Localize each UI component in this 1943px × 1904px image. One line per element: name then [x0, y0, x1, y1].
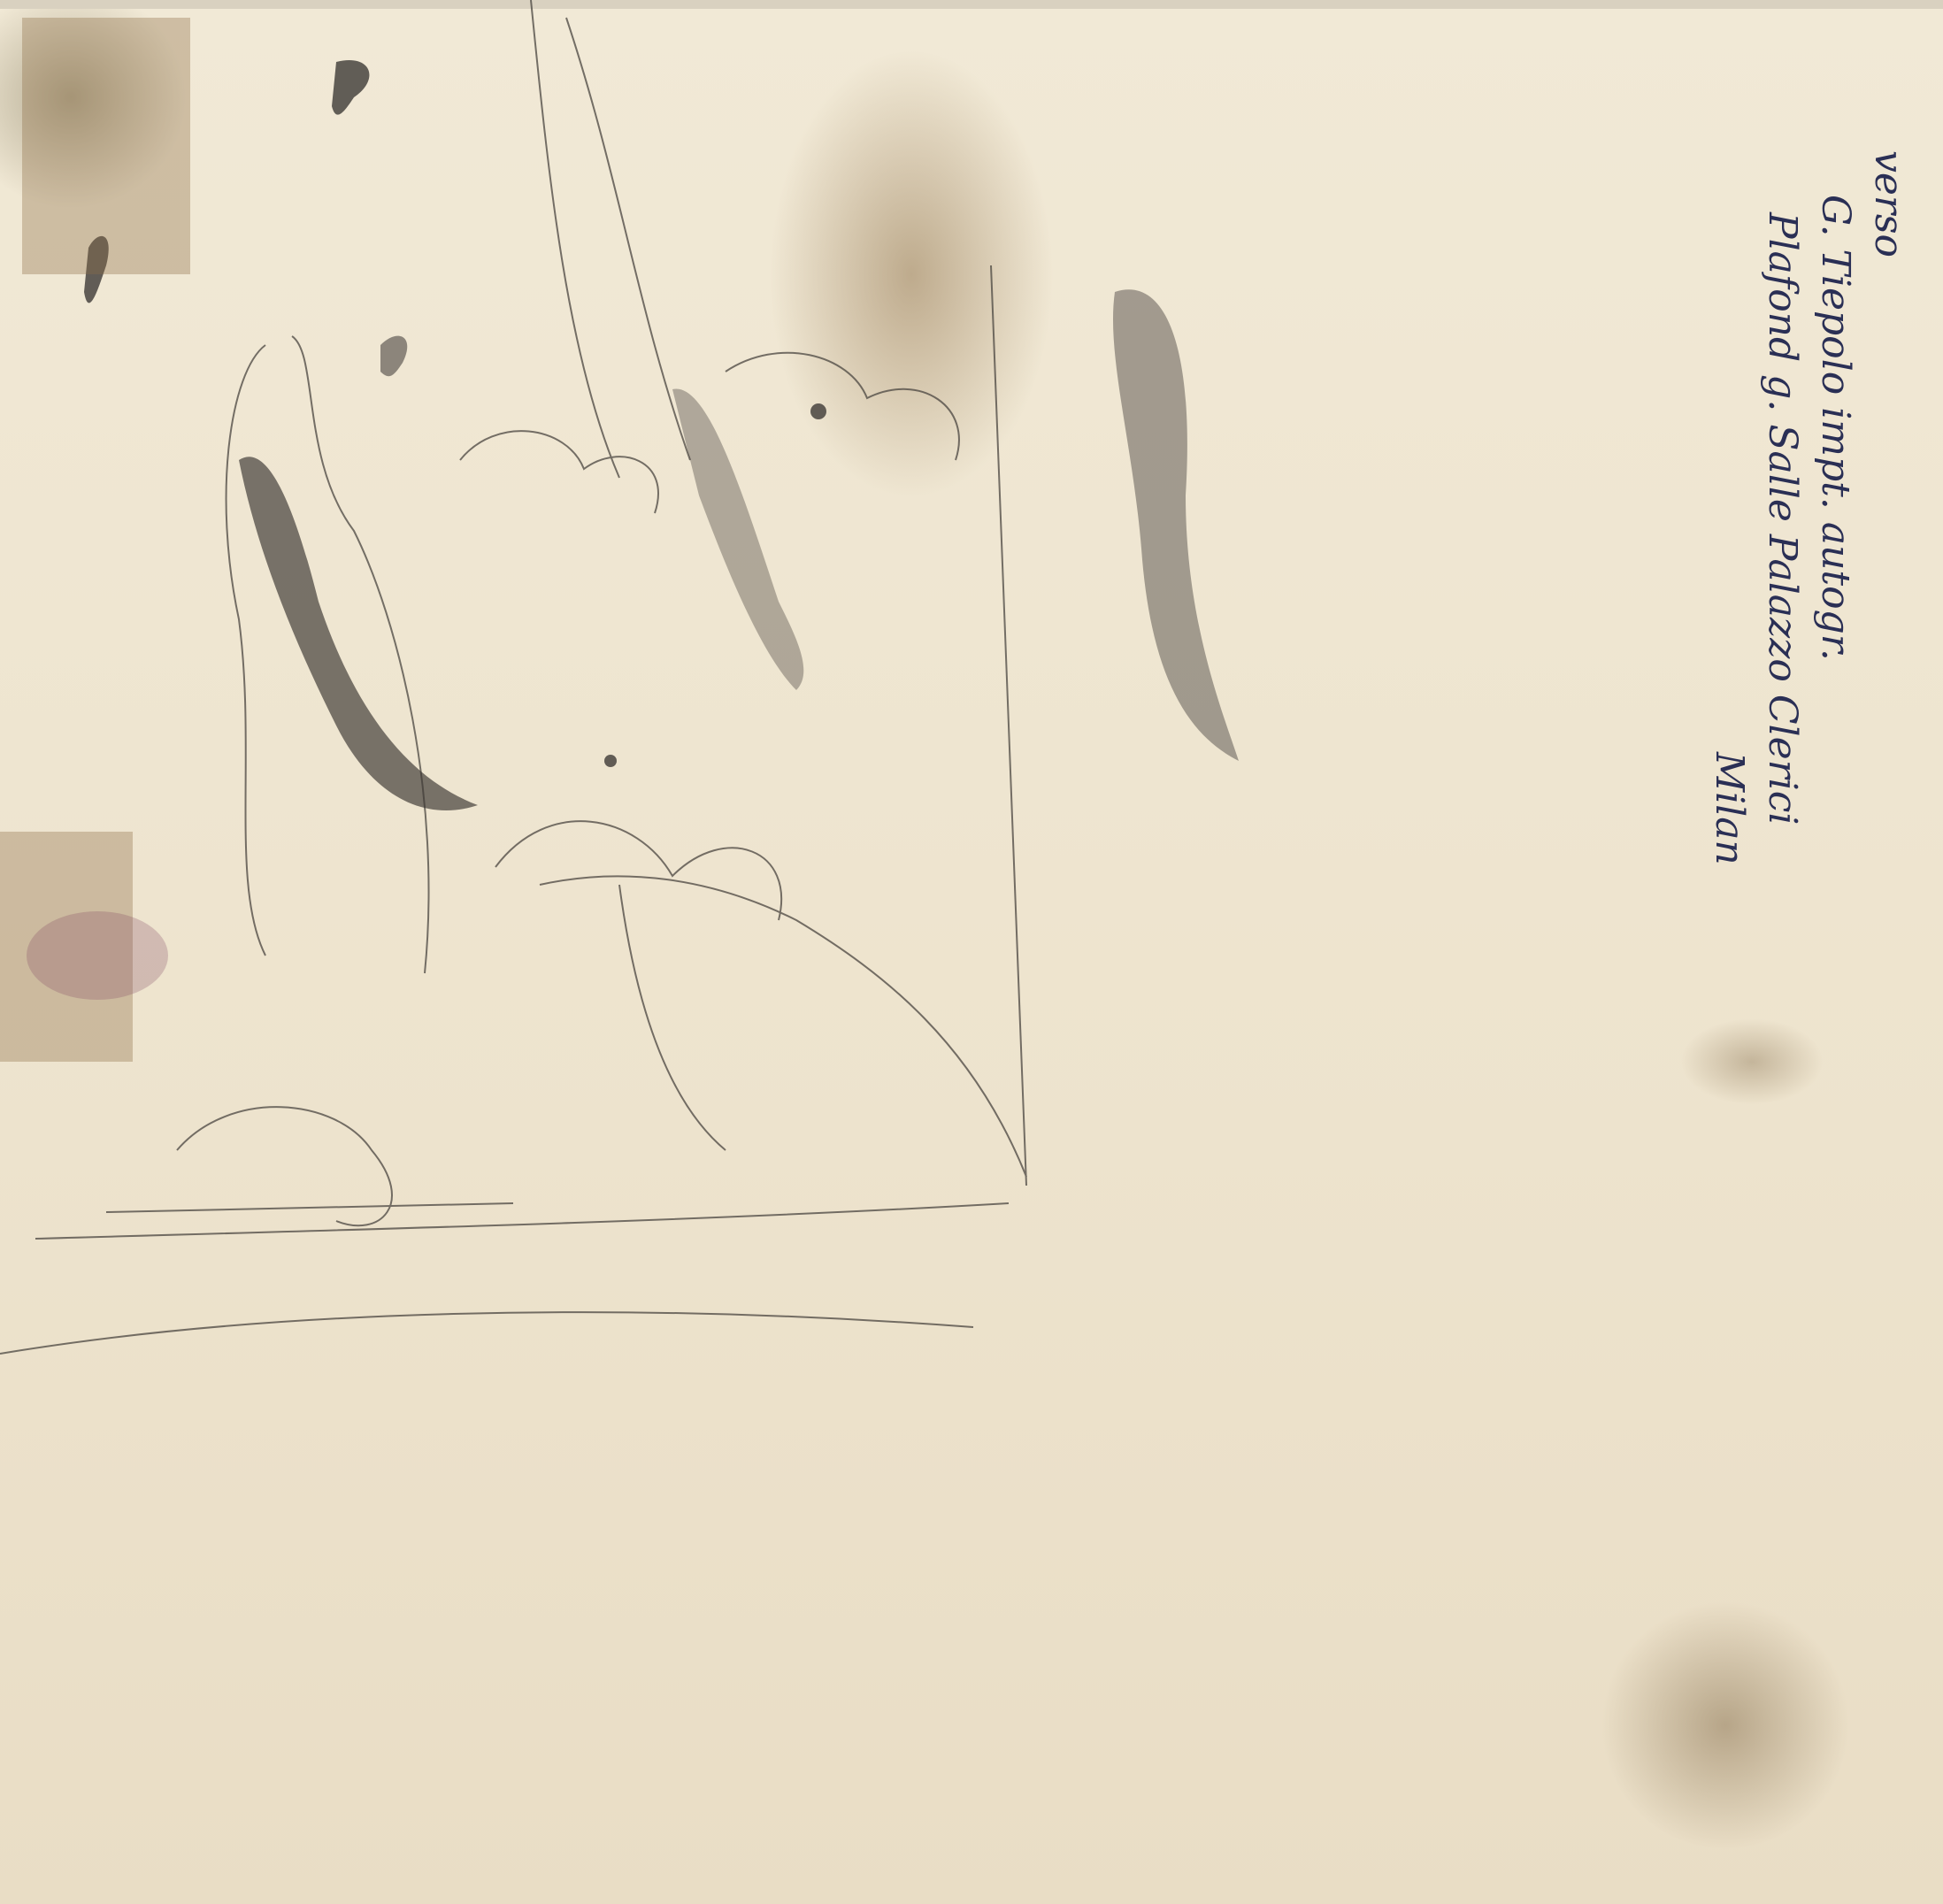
annotation-line: verso: [1866, 150, 1911, 257]
annotation-line: Milan: [1707, 752, 1752, 865]
handwritten-annotation: verso G. Tiepolo impt. autogr. Plafond g…: [1575, 142, 1911, 938]
annotation-line: Plafond g. Salle Palazzo Clerici: [1760, 212, 1805, 825]
annotation-line: G. Tiepolo impt. autogr.: [1813, 195, 1858, 661]
